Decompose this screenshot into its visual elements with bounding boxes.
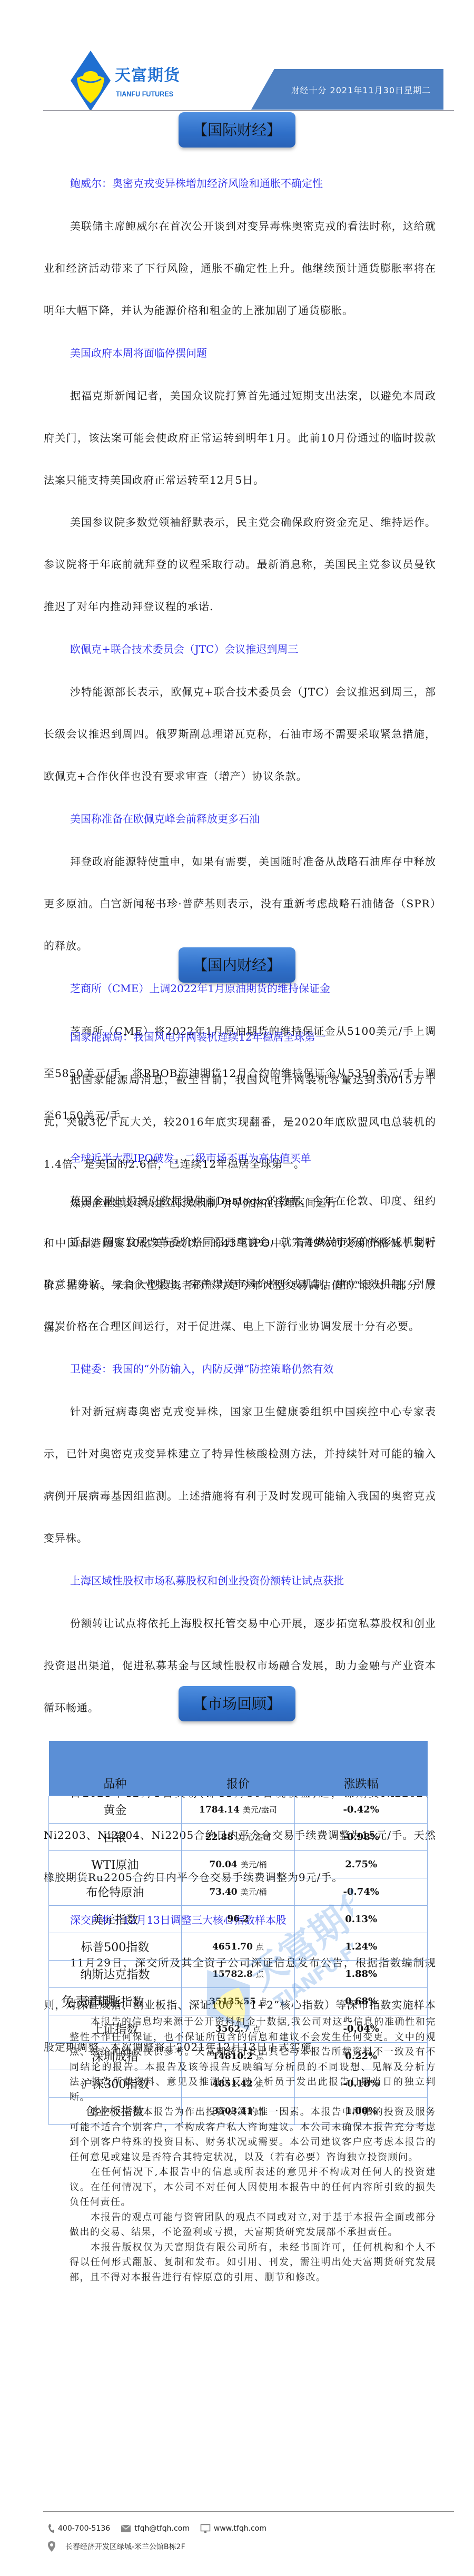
disclaimer-paragraph: 本报告版权仅为天富期货有限公司所有，未经书面许可，任何机构和个人不得以任何形式翻… (70, 2240, 436, 2286)
price-value: 73.40 (209, 1887, 237, 1897)
table-row: 白银 22.88 美元/盎司 -0.98% (49, 1823, 428, 1850)
price-unit: 美元/桶 (241, 1860, 267, 1869)
change-value: -0.98% (295, 1823, 428, 1850)
date-banner: 财经十分 2021年11月30日星期二 (251, 69, 443, 110)
headline: 煤炭企业建议尽快建立长效机制 引导价格在合理区间运行 (44, 1185, 436, 1221)
instrument-name: WTI原油 (49, 1850, 182, 1878)
headline: 美国称准备在欧佩克峰会前释放更多石油 (44, 797, 436, 840)
instrument-name: 纳斯达克指数 (49, 1960, 182, 1987)
change-value: 1.88% (295, 1960, 428, 1987)
change-value: 0.13% (295, 1905, 428, 1933)
change-value: -0.42% (295, 1796, 428, 1823)
price-cell: 73.40 美元/桶 (181, 1878, 295, 1905)
table-row: WTI原油 70.04 美元/桶 2.75% (49, 1850, 428, 1878)
phone-icon (47, 2524, 55, 2533)
disclaimer-paragraph: 在任何情况下,本报告中的信息或所表述的意见并不构成对任何人的投资建议。在任何情况… (70, 2165, 436, 2210)
article-body: 据国家能源局消息，截至目前，我国风电并网装机容量达到30015万千瓦，突破3亿千… (44, 1059, 436, 1185)
footer-email: tfqh@tfqh.com (121, 2524, 190, 2533)
table-row: 纳斯达克指数 15782.8 点 1.88% (49, 1960, 428, 1987)
column-header-change: 涨跌幅 (295, 1741, 428, 1796)
headline: 上海区域性股权市场私募股权和创业投资份额转让试点获批 (44, 1559, 436, 1602)
mail-icon (121, 2524, 131, 2533)
disclaimer-title: 免责声明: (61, 1992, 436, 2013)
article-body: 沙特能源部长表示，欧佩克+联合技术委员会（JTC）会议推迟到周三，部长级会议推迟… (44, 671, 436, 797)
section-title-international: 【国际财经】 (179, 112, 295, 148)
table-row: 布伦特原油 73.40 美元/桶 -0.74% (49, 1878, 428, 1905)
footer-address: 长春经济开发区绿城-米兰公馆B栋2F (47, 2541, 185, 2552)
headline: 鲍威尔：奥密克戎变异株增加经济风险和通胀不确定性 (44, 162, 436, 205)
price-unit: 点 (256, 1942, 264, 1952)
price-cell: 22.88 美元/盎司 (181, 1823, 295, 1850)
price-cell: 1784.14 美元/盎司 (181, 1796, 295, 1823)
disclaimer-paragraph: 本报告的信息均来源于公开资料和金十数据,我公司对这些信息的准确性和完整性不作任何… (70, 2015, 436, 2105)
instrument-name: 美元指数 (49, 1905, 182, 1933)
headline: 国家能源局：我国风电并网装机连续12年稳居全球第一 (44, 1015, 436, 1059)
price-value: 70.04 (209, 1859, 237, 1870)
section-header-domestic: 【国内财经】 (0, 947, 474, 983)
section-header-market: 【市场回顾】 (0, 1686, 474, 1721)
address-text: 长春经济开发区绿城-米兰公馆B栋2F (65, 2541, 185, 2552)
price-value: 96.2 (227, 1914, 249, 1924)
price-value: 1784.14 (199, 1805, 240, 1815)
change-value: 1.24% (295, 1933, 428, 1960)
article-body: 美国参议院多数党领袖舒默表示，民主党会确保政府资金充足、维持运作。参议院将于年底… (44, 501, 436, 628)
price-unit: 美元/桶 (241, 1887, 267, 1897)
price-value: 22.88 (205, 1832, 233, 1843)
disclaimer-paragraph: 客户不应视本报告为作出投资决策的惟一因素。本报告中所指的投资及服务可能不适合个别… (70, 2105, 436, 2165)
price-unit: 美元/盎司 (243, 1805, 277, 1815)
disclaimer-paragraph: 本报告的观点可能与资管团队的观点不同或对立,对于基于本报告全面或部分做出的交易、… (70, 2210, 436, 2240)
price-unit: 点 (256, 1970, 264, 1979)
location-pin-icon (47, 2541, 56, 2552)
headline: 美国政府本周将面临停摆问题 (44, 331, 436, 375)
footer-divider (43, 2511, 454, 2512)
website-link[interactable]: www.tfqh.com (214, 2524, 266, 2533)
price-cell: 15782.8 点 (181, 1960, 295, 1987)
price-value: 4651.70 (212, 1942, 253, 1952)
instrument-name: 标普500指数 (49, 1933, 182, 1960)
monitor-icon (200, 2524, 211, 2533)
price-unit: 美元/盎司 (236, 1833, 271, 1842)
article-body: 针对新冠病毒奥密克戎变异株，国家卫生健康委组织中国疾控中心专家表示，已针对奥密克… (44, 1390, 436, 1559)
instrument-name: 白银 (49, 1823, 182, 1850)
article-body: 美联储主席鲍威尔在首次公开谈到对变异毒株奥密克戎的看法时称，这给就业和经济活动带… (44, 205, 436, 331)
price-value: 15782.8 (212, 1969, 253, 1980)
table-header-row: 品种 报价 涨跌幅 (49, 1741, 428, 1796)
header-divider (43, 110, 454, 111)
email-address[interactable]: tfqh@tfqh.com (134, 2524, 190, 2533)
company-logo: 天富期货 TIANFU FUTURES (71, 51, 260, 111)
price-cell: 4651.70 点 (181, 1933, 295, 1960)
instrument-name: 黄金 (49, 1796, 182, 1823)
logo-english-name: TIANFU FUTURES (116, 90, 173, 98)
instrument-name: 布伦特原油 (49, 1878, 182, 1905)
price-cell: 96.2 (181, 1905, 295, 1933)
change-value: 2.75% (295, 1850, 428, 1878)
footer-contact-row: 400-700-5136 tfqh@tfqh.com www.tfqh.com (47, 2524, 277, 2533)
column-header-price: 报价 (181, 1741, 295, 1796)
headline: 欧佩克+联合技术委员会（JTC）会议推迟到周三 (44, 628, 436, 671)
logo-diamond-icon (71, 51, 111, 111)
section-title-market: 【市场回顾】 (179, 1686, 295, 1721)
change-value: -0.74% (295, 1878, 428, 1905)
report-date: 财经十分 2021年11月30日星期二 (291, 84, 431, 96)
price-cell: 70.04 美元/桶 (181, 1850, 295, 1878)
section-header-international: 【国际财经】 (0, 112, 474, 148)
logo-chinese-name: 天富期货 (115, 62, 180, 85)
headline: 卫健委：我国的“外防输入，内防反弹”防控策略仍然有效 (44, 1347, 436, 1390)
column-header-instrument: 品种 (49, 1741, 182, 1796)
article-body: 据福克斯新闻记者，美国众议院打算首先通过短期支出法案，以避免本周政府关门，该法案… (44, 375, 436, 501)
report-header: 天富期货 TIANFU FUTURES 财经十分 2021年11月30日星期二 (43, 46, 454, 112)
footer-phone: 400-700-5136 (47, 2524, 110, 2533)
table-row: 标普500指数 4651.70 点 1.24% (49, 1933, 428, 1960)
footer-website: www.tfqh.com (200, 2524, 266, 2533)
table-row: 黄金 1784.14 美元/盎司 -0.42% (49, 1796, 428, 1823)
table-row: 美元指数 96.2 0.13% (49, 1905, 428, 1933)
disclaimer: 免责声明: 本报告的信息均来源于公开资料和金十数据,我公司对这些信息的准确性和完… (61, 1992, 436, 2285)
section-title-domestic: 【国内财经】 (179, 947, 295, 983)
article-body: 近日，国家发展改革委价格司召开座谈会，就完善煤炭市场价格形成机制听取意见建议。与… (44, 1221, 436, 1347)
phone-number: 400-700-5136 (58, 2524, 110, 2533)
footer-address-row: 长春经济开发区绿城-米兰公馆B栋2F (47, 2541, 196, 2552)
